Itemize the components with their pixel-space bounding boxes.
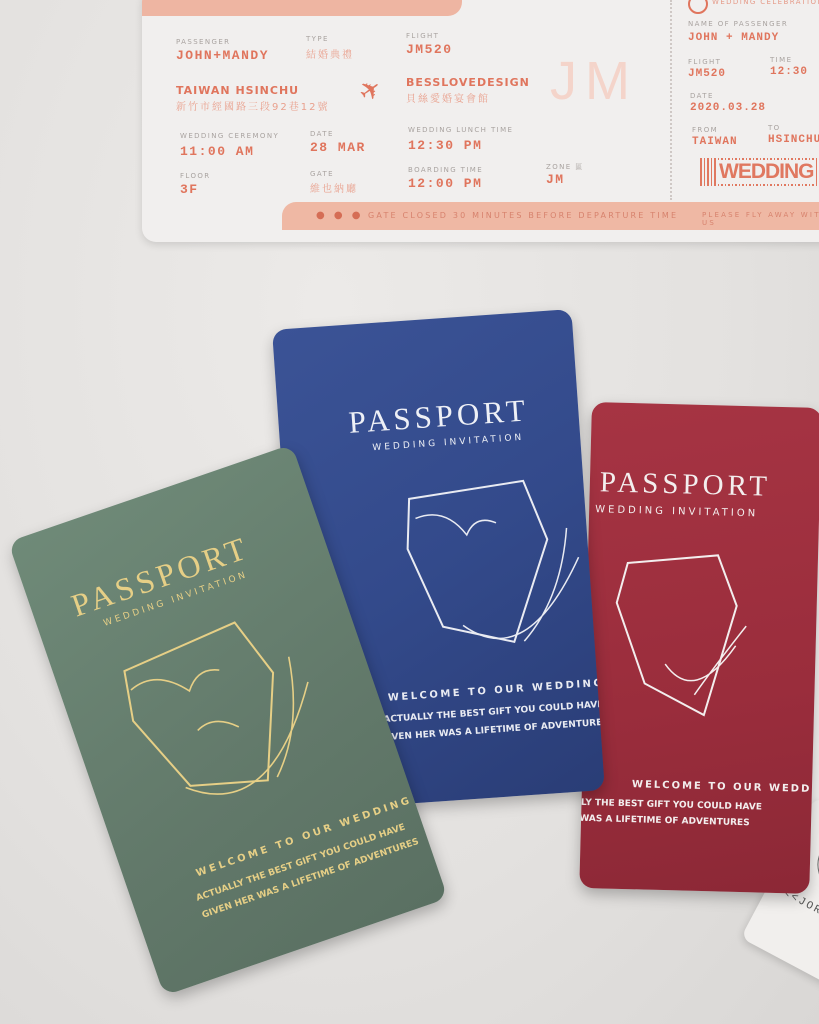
stub-name-label: NAME OF PASSENGER <box>688 20 788 28</box>
ticket-footer-band: ● ● ● GATE CLOSED 30 MINUTES BEFORE DEPA… <box>282 202 819 230</box>
dove-crest-icon <box>393 466 605 679</box>
gate-value: 維也納廳 <box>310 180 358 195</box>
stub-flight: JM520 <box>688 68 726 80</box>
stub-to-label: TO <box>768 124 781 132</box>
origin-address: 新竹市經國路三段92巷12號 <box>176 98 329 113</box>
passport-line-1: ACTUALLY THE BEST GIFT YOU COULD HAVE <box>579 797 762 813</box>
lunch-label: WEDDING LUNCH TIME <box>408 126 513 134</box>
watermark-initials: JM <box>550 50 638 112</box>
gate-closed-notice: GATE CLOSED 30 MINUTES BEFORE DEPARTURE … <box>368 211 678 220</box>
boarding-label: BOARDING TIME <box>408 166 483 174</box>
stub-from: TAIWAN <box>692 136 738 148</box>
stub-time-label: TIME <box>770 56 792 64</box>
gate-label: GATE <box>310 170 334 178</box>
flight-label: FLIGHT <box>406 32 439 40</box>
stub-header: WEDDING CELEBRATION <box>712 0 819 6</box>
passport-welcome: WELCOME TO OUR WEDDING <box>388 678 605 704</box>
boarding-pass: PASSENGER JOHN+MANDY TYPE 結婚典禮 TAIWAN HS… <box>142 0 819 242</box>
lunch-time: 12:30 PM <box>408 138 482 153</box>
passport-title: PASSPORT <box>599 466 771 503</box>
venue-value: BESSLOVEDESIGN <box>406 76 530 89</box>
stub-logo-icon <box>688 0 708 14</box>
stub-name: JOHN + MANDY <box>688 32 779 44</box>
boarding-time: 12:00 PM <box>408 176 482 191</box>
dove-crest-icon <box>603 542 758 736</box>
stub-footer: PLEASE FLY AWAY WITH US <box>702 211 819 227</box>
ticket-top-band <box>142 0 462 16</box>
barcode: WEDDING <box>700 158 819 186</box>
stub-flight-label: FLIGHT <box>688 58 721 66</box>
zone-label: ZONE 區 <box>546 162 584 172</box>
stub-time: 12:30 <box>770 66 808 78</box>
stub-date-label: DATE <box>690 92 714 100</box>
barcode-text: WEDDING <box>718 160 815 184</box>
passport-line-2: GIVEN HER WAS A LIFETIME OF ADVENTURES <box>579 812 749 828</box>
flight-value: JM520 <box>406 42 453 57</box>
venue-cjk: 貝絲愛婚宴會館 <box>406 90 490 105</box>
passport-welcome: WELCOME TO OUR WEDDING <box>632 779 819 795</box>
type-label: TYPE <box>306 35 329 43</box>
zone-value: JM <box>546 172 565 187</box>
dove-crest-icon <box>99 590 363 847</box>
ticket-perforation <box>670 0 672 200</box>
passenger-value: JOHN+MANDY <box>176 48 269 63</box>
stub-date: 2020.03.28 <box>690 102 766 114</box>
origin-value: TAIWAN HSINCHU <box>176 84 299 97</box>
passenger-label: PASSENGER <box>176 38 230 46</box>
date-label: DATE <box>310 130 334 138</box>
type-value: 結婚典禮 <box>306 46 354 61</box>
footer-dots: ● ● ● <box>316 210 364 221</box>
passport-subtitle: WEDDING INVITATION <box>595 504 758 519</box>
passport-line-2: GIVEN HER WAS A LIFETIME OF ADVENTURES <box>201 837 420 921</box>
ceremony-label: WEDDING CEREMONY <box>180 132 279 140</box>
ceremony-time: 11:00 AM <box>180 144 254 159</box>
stub-to: HSINCHU <box>768 134 819 146</box>
passport-red: PASSPORT WEDDING INVITATION WELCOME TO O… <box>579 402 819 894</box>
floor-label: FLOOR <box>180 172 211 180</box>
plane-icon: ✈ <box>360 76 382 106</box>
stub-from-label: FROM <box>692 126 718 134</box>
date-value: 28 MAR <box>310 140 366 155</box>
floor-value: 3F <box>180 182 199 197</box>
